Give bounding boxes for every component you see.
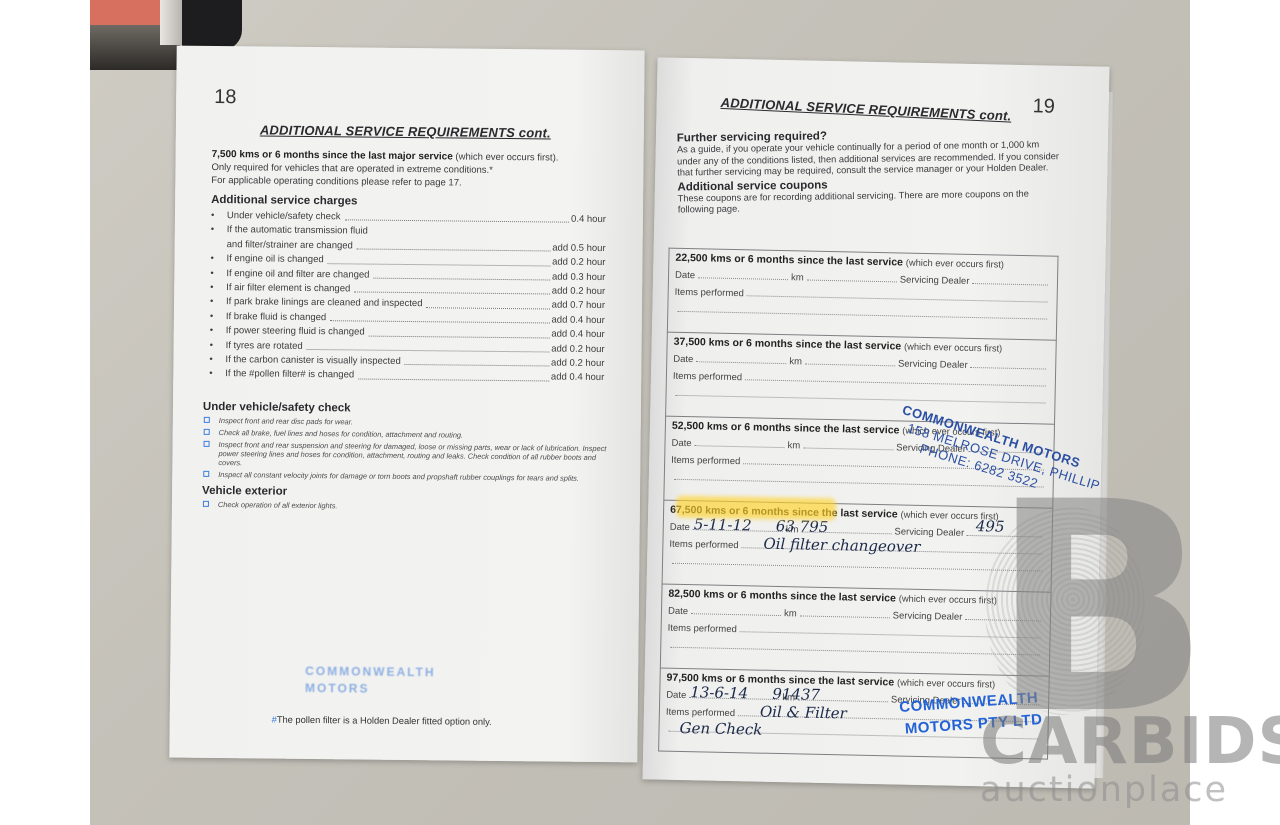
coupon-note: (which ever occurs first) bbox=[897, 677, 995, 689]
coupon-list: 22,500 kms or 6 months since the last se… bbox=[658, 57, 1110, 66]
bullet-icon: • bbox=[209, 353, 225, 368]
left-page: 18 ADDITIONAL SERVICE REQUIREMENTS cont.… bbox=[169, 46, 644, 763]
date-field[interactable] bbox=[691, 613, 781, 616]
checkbox-icon bbox=[204, 429, 210, 435]
coupon-suffix: since the last service bbox=[797, 254, 903, 268]
items-label: Items performed bbox=[675, 287, 744, 299]
coupon-suffix: since the last service bbox=[790, 590, 896, 604]
coupon-kms: 37,500 kms or 6 months bbox=[674, 336, 793, 350]
leader-dots bbox=[330, 311, 549, 324]
dealer-label: Servicing Dealer bbox=[893, 610, 963, 622]
checkbox-icon bbox=[203, 471, 209, 477]
charge-label: Under vehicle/safety check bbox=[227, 209, 341, 225]
coupon-note: (which ever occurs first) bbox=[899, 594, 997, 606]
items-label: Items performed bbox=[668, 623, 737, 635]
service-coupon: 37,500 kms or 6 months since the last se… bbox=[665, 332, 1057, 424]
leader-dots bbox=[328, 253, 551, 266]
items-field-2[interactable] bbox=[677, 311, 1047, 320]
charge-item: •If the automatic transmission fluidand … bbox=[211, 223, 606, 256]
leader-dots bbox=[357, 239, 551, 251]
items-label: Items performed bbox=[671, 455, 740, 467]
charge-value: 0.4 hour bbox=[571, 213, 606, 228]
checklist-text: Check operation of all exterior lights. bbox=[218, 500, 338, 510]
bullet-icon: • bbox=[210, 295, 226, 310]
intro-line3: For applicable operating conditions plea… bbox=[211, 174, 611, 191]
bullet-icon: • bbox=[211, 209, 227, 224]
charge-value: add 0.2 hour bbox=[552, 285, 606, 300]
background-black-object bbox=[182, 0, 242, 50]
items-field-2[interactable] bbox=[674, 479, 1044, 488]
dealer-field[interactable] bbox=[972, 283, 1048, 286]
watermark-brand: CARBIDS bbox=[980, 705, 1280, 779]
leader-dots bbox=[358, 369, 549, 381]
bullet-icon: • bbox=[210, 339, 226, 354]
safety-heading: Under vehicle/safety check bbox=[203, 401, 608, 417]
date-label: Date bbox=[671, 438, 691, 449]
km-field[interactable] bbox=[805, 363, 895, 366]
checkbox-icon bbox=[204, 441, 210, 447]
handwritten-date: 13-6-14 bbox=[690, 683, 748, 702]
items-label: Items performed bbox=[673, 371, 742, 383]
leader-dots bbox=[354, 282, 550, 294]
charge-label-line2: and filter/strainer are changed bbox=[227, 238, 353, 254]
further-block: Further servicing required? As a guide, … bbox=[677, 127, 1063, 216]
exterior-check-list: Check operation of all exterior lights. bbox=[202, 500, 607, 513]
charge-value: add 0.2 hour bbox=[551, 357, 605, 372]
checklist-item: Inspect front and rear suspension and st… bbox=[202, 440, 607, 471]
items-label: Items performed bbox=[669, 539, 738, 551]
date-field[interactable] bbox=[695, 445, 785, 448]
coupon-kms: 22,500 kms or 6 months bbox=[675, 252, 794, 266]
dealer-label: Servicing Dealer bbox=[900, 274, 970, 286]
date-label: Date bbox=[666, 690, 686, 701]
coupon-kms: 82,500 kms or 6 months bbox=[668, 588, 787, 602]
service-coupon: 22,500 kms or 6 months since the last se… bbox=[667, 248, 1059, 340]
bullet-icon: • bbox=[211, 223, 227, 252]
handwritten-items: Oil filter changeover bbox=[763, 535, 920, 556]
km-label: km bbox=[784, 608, 797, 619]
charge-value: add 0.4 hour bbox=[551, 371, 605, 386]
checklist-item: Check all brake, fuel lines and hoses fo… bbox=[203, 428, 608, 441]
watermark-letter-b: B bbox=[990, 500, 1258, 720]
bullet-icon: • bbox=[209, 367, 225, 382]
coupon-kms: 52,500 kms or 6 months bbox=[672, 420, 791, 434]
bullet-icon: • bbox=[210, 267, 226, 282]
leader-dots bbox=[369, 326, 550, 338]
items-field-2[interactable] bbox=[670, 647, 1040, 656]
date-label: Date bbox=[675, 270, 695, 281]
items-field-2[interactable] bbox=[676, 395, 1046, 404]
checklist-text: Inspect front and rear suspension and st… bbox=[218, 440, 607, 471]
charge-label: If air filter element is changed bbox=[226, 281, 350, 297]
leader-dots bbox=[344, 210, 569, 223]
bullet-icon: • bbox=[210, 324, 226, 339]
coupon-suffix: since the last service bbox=[794, 422, 900, 436]
left-page-heading: ADDITIONAL SERVICE REQUIREMENTS cont. bbox=[260, 122, 551, 140]
dealer-field[interactable] bbox=[971, 367, 1047, 370]
charge-label: If power steering fluid is changed bbox=[226, 324, 365, 340]
charge-label: If engine oil is changed bbox=[226, 252, 323, 267]
page-number-right: 19 bbox=[1032, 95, 1055, 118]
charges-heading: Additional service charges bbox=[211, 194, 606, 210]
km-label: km bbox=[791, 272, 804, 283]
charges-list: •Under vehicle/safety check0.4 hour•If t… bbox=[209, 209, 606, 386]
date-field[interactable] bbox=[696, 361, 786, 364]
km-field[interactable] bbox=[800, 615, 890, 618]
highlighter-mark bbox=[676, 496, 836, 521]
intro-suffix: (which ever occurs first). bbox=[453, 151, 559, 163]
intro-block: 7,500 kms or 6 months since the last maj… bbox=[211, 148, 611, 191]
km-field[interactable] bbox=[807, 280, 897, 283]
faded-dealer-stamp: COMMONWEALTH MOTORS bbox=[305, 663, 485, 701]
date-label: Date bbox=[668, 606, 688, 617]
charge-value: add 0.2 hour bbox=[552, 256, 606, 271]
bullet-icon: • bbox=[210, 252, 226, 267]
km-label: km bbox=[789, 356, 802, 367]
further-text: As a guide, if you operate your vehicle … bbox=[677, 139, 1062, 179]
km-label: km bbox=[787, 440, 800, 451]
charge-value: add 0.4 hour bbox=[551, 328, 605, 343]
handwritten-km: 91437 bbox=[772, 685, 820, 704]
background-red-object bbox=[90, 0, 165, 28]
checkbox-icon bbox=[203, 501, 209, 507]
charge-value: add 0.2 hour bbox=[551, 342, 605, 357]
checklist-text: Inspect all constant velocity joints for… bbox=[218, 470, 579, 483]
right-page-heading: ADDITIONAL SERVICE REQUIREMENTS cont. bbox=[720, 95, 1011, 124]
charge-value: add 0.7 hour bbox=[552, 299, 606, 314]
footnote-text: The pollen filter is a Holden Dealer fit… bbox=[277, 715, 492, 727]
checkbox-icon bbox=[204, 417, 210, 423]
charge-label: If tyres are rotated bbox=[226, 339, 303, 354]
footnote: #The pollen filter is a Holden Dealer fi… bbox=[272, 715, 492, 727]
charge-label: If the #pollen filter# is changed bbox=[225, 368, 354, 384]
checklist-item: Inspect front and rear disc pads for wea… bbox=[203, 416, 608, 429]
handwritten-items: Oil & Filter bbox=[760, 703, 847, 723]
charge-value: add 0.4 hour bbox=[551, 313, 605, 328]
bullet-icon: • bbox=[210, 281, 226, 296]
coupon-note: (which ever occurs first) bbox=[904, 342, 1002, 354]
charge-label: If brake fluid is changed bbox=[226, 310, 326, 325]
leader-dots bbox=[373, 268, 550, 280]
coupons-text: These coupons are for recording addition… bbox=[678, 188, 1063, 216]
bullet-icon: • bbox=[210, 310, 226, 325]
leader-dots bbox=[307, 340, 550, 353]
charge-value: add 0.5 hour bbox=[552, 241, 606, 256]
checklist-text: Check all brake, fuel lines and hoses fo… bbox=[219, 428, 464, 440]
leader-dots bbox=[426, 298, 549, 310]
items-field-2[interactable] bbox=[672, 563, 1042, 572]
exterior-heading: Vehicle exterior bbox=[202, 485, 607, 501]
checklist-item: Inspect all constant velocity joints for… bbox=[202, 470, 607, 483]
handwritten-items-2: Gen Check bbox=[679, 719, 762, 739]
charge-item: •If the #pollen filter# is changedadd 0.… bbox=[209, 367, 604, 386]
km-field[interactable] bbox=[803, 447, 893, 450]
charges-block: Additional service charges •Under vehicl… bbox=[209, 194, 606, 386]
coupon-note: (which ever occurs first) bbox=[906, 258, 1004, 270]
date-label: Date bbox=[673, 354, 693, 365]
date-label: Date bbox=[670, 522, 690, 533]
page-number-left: 18 bbox=[214, 86, 236, 109]
date-field[interactable] bbox=[698, 277, 788, 280]
checklist-item: Check operation of all exterior lights. bbox=[202, 500, 607, 513]
safety-check-list: Inspect front and rear disc pads for wea… bbox=[202, 416, 608, 483]
watermark-tagline: auctionplace bbox=[980, 770, 1228, 810]
coupon-suffix: since the last service bbox=[795, 338, 901, 352]
checklist-text: Inspect front and rear disc pads for wea… bbox=[219, 416, 353, 426]
charge-label: If engine oil and filter are changed bbox=[226, 267, 369, 283]
items-label: Items performed bbox=[666, 707, 735, 719]
leader-dots bbox=[405, 355, 549, 367]
dealer-label: Servicing Dealer bbox=[898, 358, 968, 370]
charge-value: add 0.3 hour bbox=[552, 270, 606, 285]
safety-block: Under vehicle/safety check Inspect front… bbox=[202, 401, 608, 516]
